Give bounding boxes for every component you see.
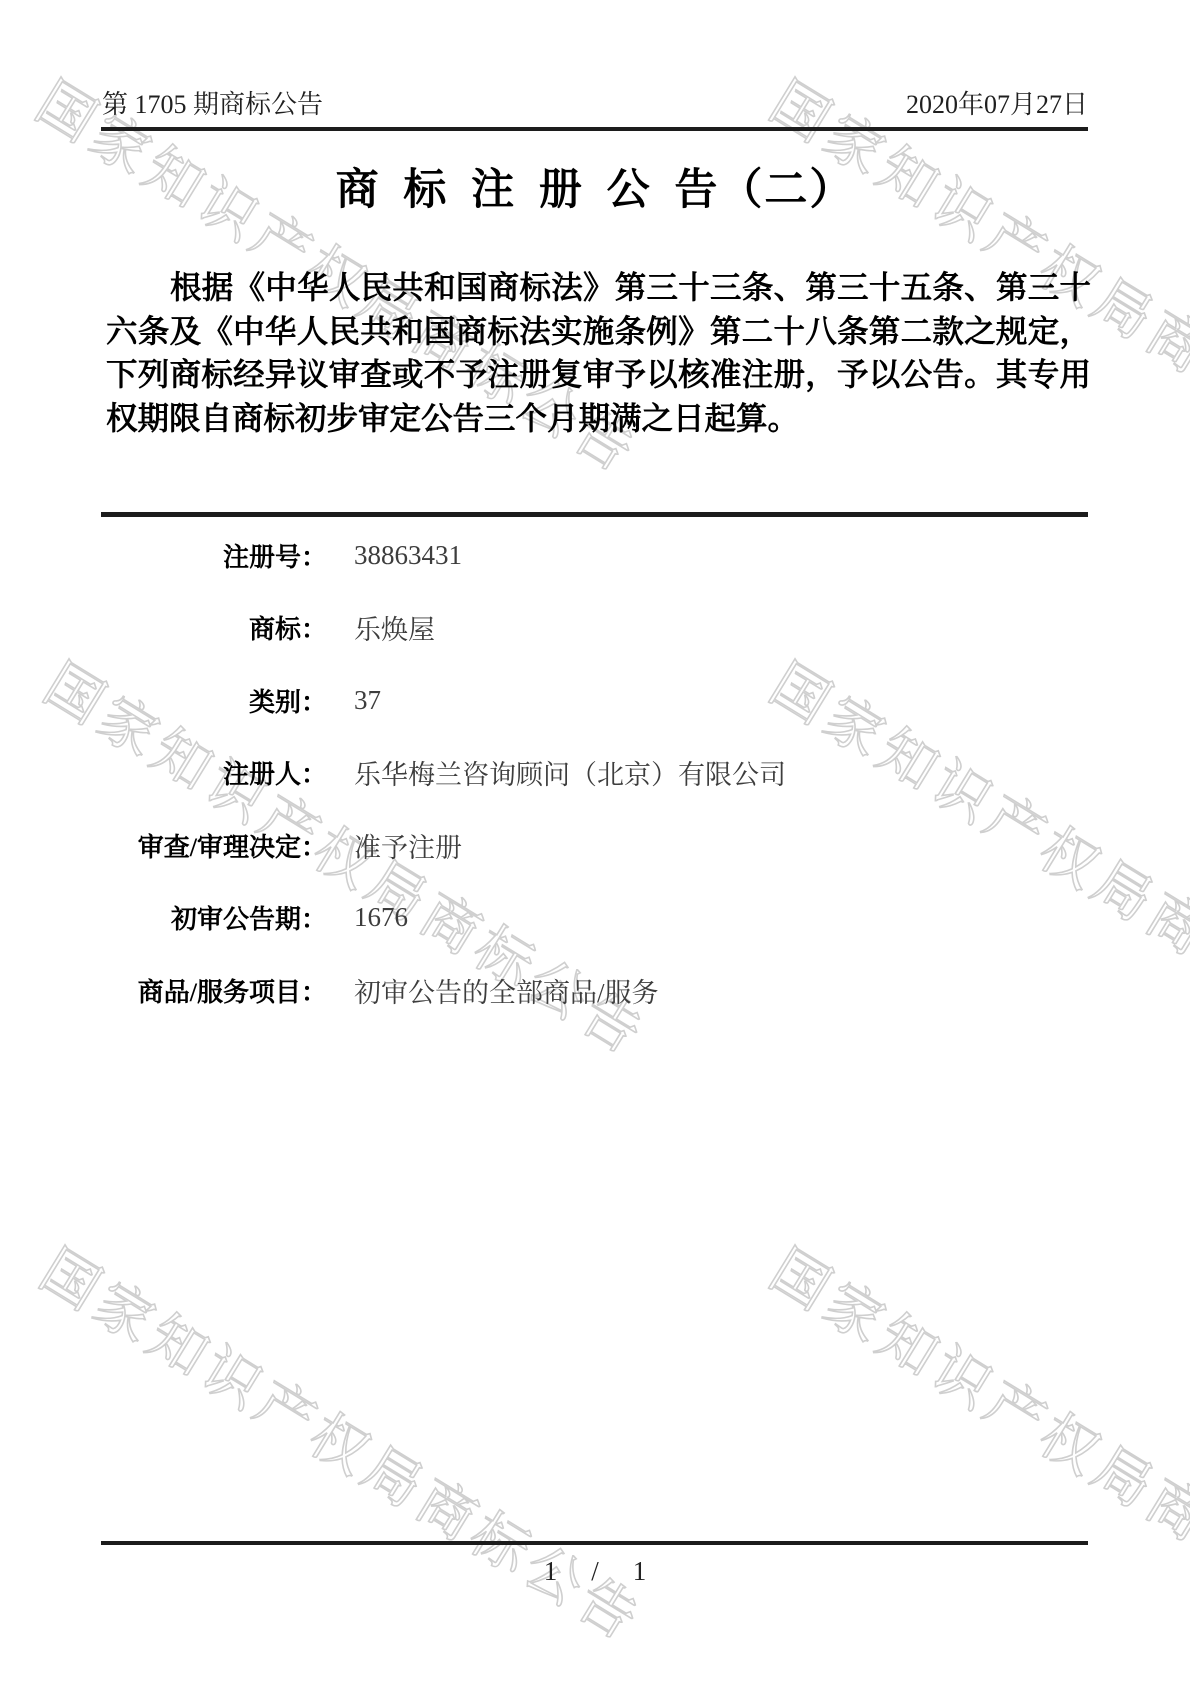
header-issue-number: 第 1705 期商标公告	[102, 90, 323, 120]
field-row-decision: 审查/审理决定： 准予注册	[95, 809, 1095, 882]
field-value: 准予注册	[354, 826, 462, 865]
field-row-registrant: 注册人： 乐华梅兰咨询顾问（北京）有限公司	[95, 737, 1095, 810]
page-number: 1 / 1	[0, 1556, 1190, 1587]
field-row-registration-number: 注册号： 38863431	[95, 519, 1095, 592]
field-value: 初审公告的全部商品/服务	[354, 971, 659, 1010]
field-row-trademark-name: 商标： 乐焕屋	[95, 592, 1095, 665]
field-label: 审查/审理决定：	[95, 827, 327, 864]
watermark: 国家知识产权局商标公告	[27, 1226, 661, 1658]
field-label: 注册号：	[95, 537, 327, 574]
page-title: 商 标 注 册 公 告（二）	[0, 156, 1190, 217]
field-label: 注册人：	[95, 754, 327, 791]
footer-divider	[101, 1541, 1088, 1545]
field-value: 1676	[354, 902, 408, 933]
field-value: 38863431	[354, 540, 462, 571]
trademark-record: 注册号： 38863431 商标： 乐焕屋 类别： 37 注册人： 乐华梅兰咨询…	[95, 519, 1095, 1027]
field-label: 类别：	[95, 682, 327, 719]
header-date: 2020年07月27日	[906, 90, 1088, 120]
page-number-total: 1	[633, 1556, 647, 1587]
page-number-separator: /	[591, 1556, 599, 1587]
section-divider	[101, 512, 1088, 517]
field-label: 商品/服务项目：	[95, 972, 327, 1009]
field-row-class: 类别： 37	[95, 664, 1095, 737]
page-number-current: 1	[544, 1556, 558, 1587]
field-row-goods-services: 商品/服务项目： 初审公告的全部商品/服务	[95, 954, 1095, 1027]
watermark: 国家知识产权局商标公告	[757, 1226, 1190, 1658]
field-value: 乐焕屋	[354, 608, 435, 647]
page-header: 第 1705 期商标公告 2020年07月27日	[102, 90, 1088, 120]
field-row-preliminary-gazette-issue: 初审公告期： 1676	[95, 882, 1095, 955]
field-value: 乐华梅兰咨询顾问（北京）有限公司	[354, 753, 786, 792]
header-divider	[101, 127, 1088, 131]
gazette-page: 国家知识产权局商标公告 国家知识产权局商标公告 国家知识产权局商标公告 国家知识…	[0, 0, 1190, 1684]
field-label: 商标：	[95, 609, 327, 646]
field-label: 初审公告期：	[95, 899, 327, 936]
field-value: 37	[354, 685, 381, 716]
intro-paragraph: 根据《中华人民共和国商标法》第三十三条、第三十五条、第三十六条及《中华人民共和国…	[106, 266, 1091, 440]
